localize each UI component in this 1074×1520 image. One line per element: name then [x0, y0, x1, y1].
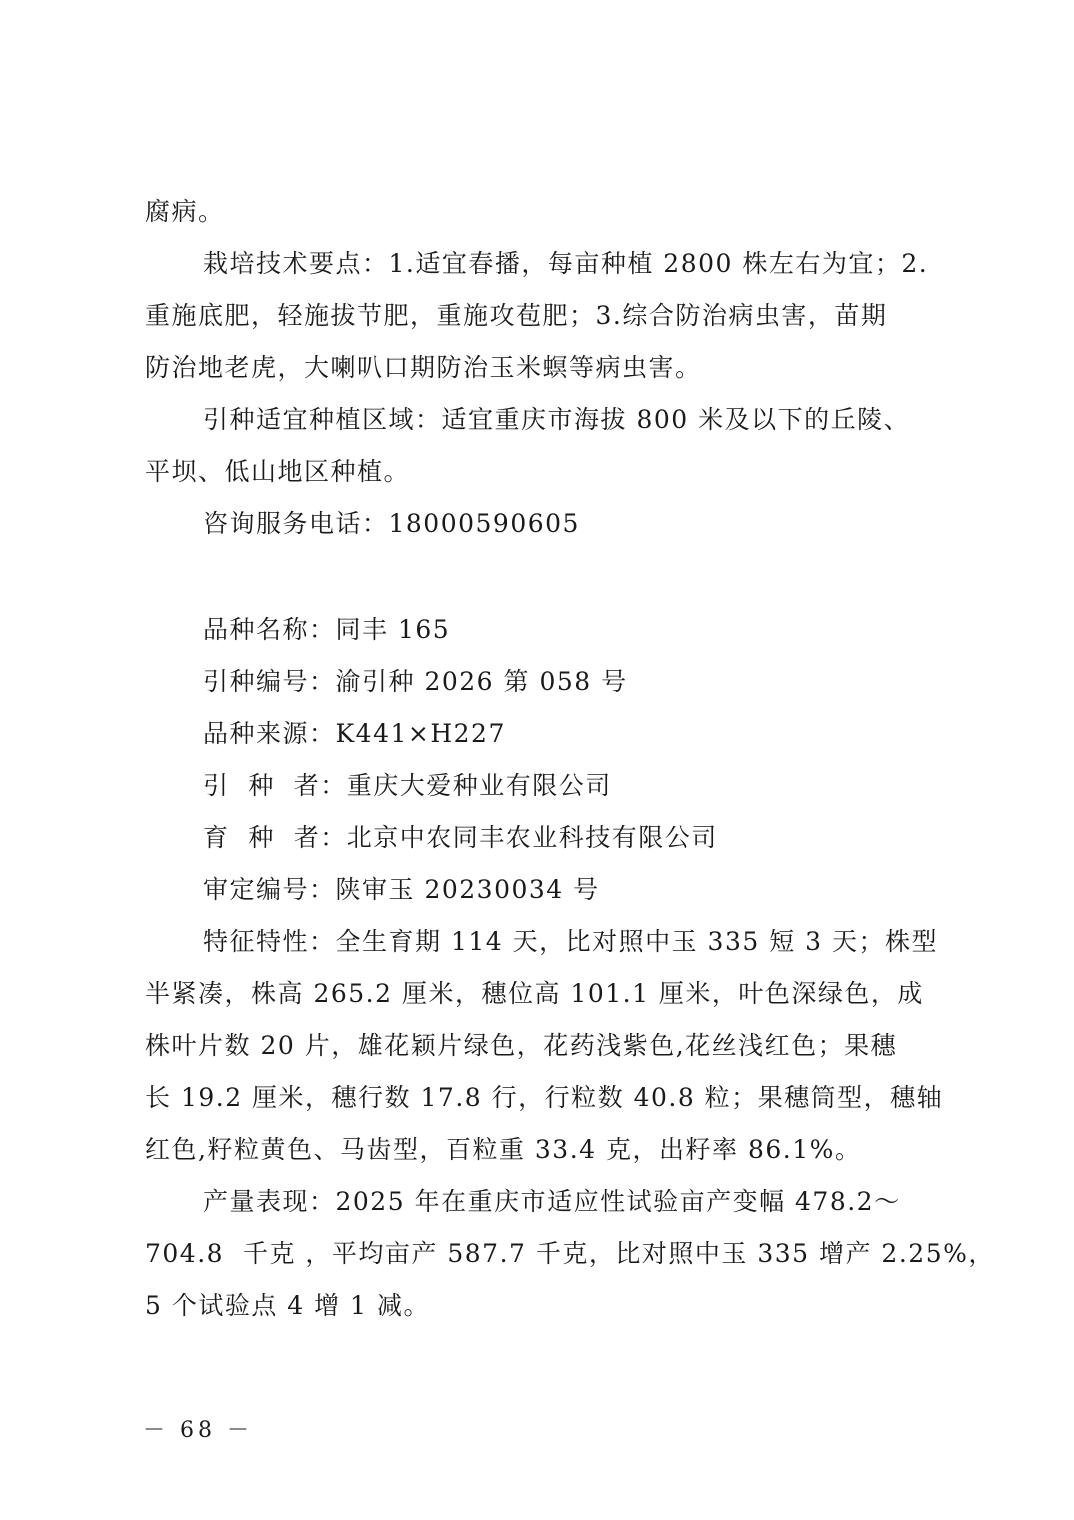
text-line: 株叶片数 20 片，雄花颖片绿色，花药浅紫色,花丝浅红色；果穗 [145, 1031, 945, 1061]
approval-number-line: 审定编号：陕审玉 20230034 号 [203, 875, 1003, 905]
text-line: 腐病。 [145, 197, 945, 227]
yield-performance-line: 产量表现：2025 年在重庆市适应性试验亩产变幅 478.2～ [203, 1187, 1003, 1217]
text-line: 半紧凑，株高 265.2 厘米，穗位高 101.1 厘米，叶色深绿色，成 [145, 979, 945, 1009]
text-line: 长 19.2 厘米，穗行数 17.8 行，行粒数 40.8 粒；果穗筒型，穗轴 [145, 1083, 945, 1113]
service-phone-line: 咨询服务电话：18000590605 [203, 509, 1003, 539]
variety-source-line: 品种来源：K441×H227 [203, 719, 1003, 749]
breeder-line: 育 种 者：北京中农同丰农业科技有限公司 [203, 823, 1003, 853]
variety-name-line: 品种名称：同丰 165 [203, 615, 1003, 645]
characteristics-line: 特征特性：全生育期 114 天，比对照中玉 335 短 3 天；株型 [203, 927, 1003, 957]
text-line: 防治地老虎，大喇叭口期防治玉米螟等病虫害。 [145, 353, 945, 383]
document-page: 腐病。 栽培技术要点：1.适宜春播，每亩种植 2800 株左右为宜；2. 重施底… [0, 0, 1074, 1520]
text-line: 平坝、低山地区种植。 [145, 457, 945, 487]
text-line: 重施底肥，轻施拔节肥，重施攻苞肥；3.综合防治病虫害，苗期 [145, 301, 945, 331]
text-line: 5 个试验点 4 增 1 减。 [145, 1291, 945, 1321]
introduction-number-line: 引种编号：渝引种 2026 第 058 号 [203, 667, 1003, 697]
text-line: 704.8 千克 ，平均亩产 587.7 千克，比对照中玉 335 增产 2.2… [145, 1239, 945, 1269]
planting-region-line: 引种适宜种植区域：适宜重庆市海拔 800 米及以下的丘陵、 [203, 405, 1003, 435]
introducer-line: 引 种 者：重庆大爱种业有限公司 [203, 771, 1003, 801]
text-line: 红色,籽粒黄色、马齿型，百粒重 33.4 克，出籽率 86.1%。 [145, 1135, 945, 1165]
page-number: － 68 － [143, 1413, 253, 1444]
cultivation-points-line: 栽培技术要点：1.适宜春播，每亩种植 2800 株左右为宜；2. [203, 249, 1003, 279]
